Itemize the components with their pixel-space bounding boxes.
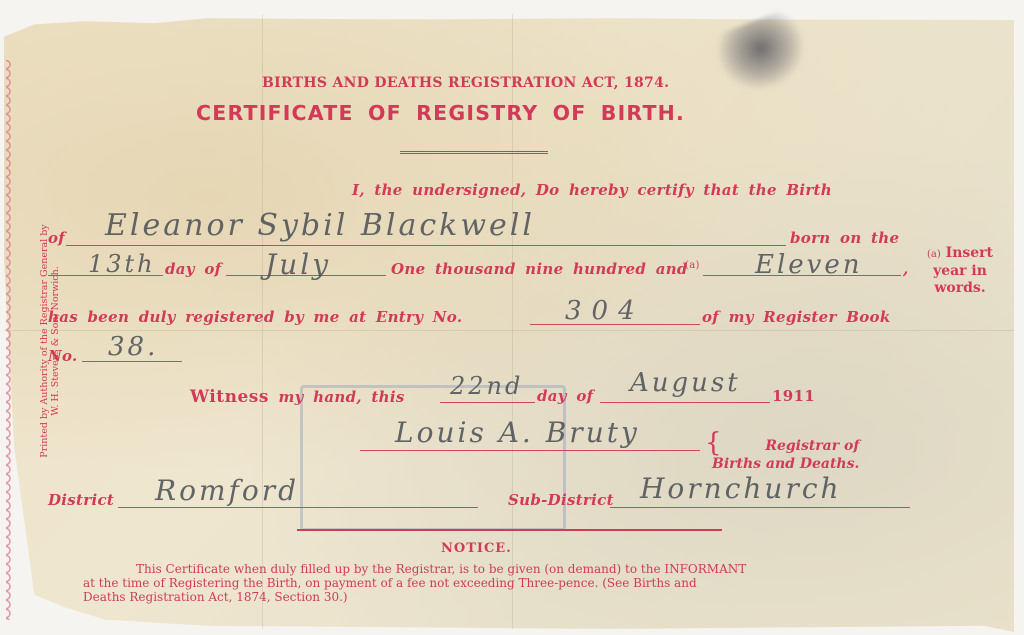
year-prefix-label: One thousand nine hundred and <box>391 260 688 278</box>
margin-note-line2: year in <box>910 263 1010 280</box>
sub-district-field[interactable] <box>610 507 910 508</box>
birth-day-value: 13th <box>88 250 156 278</box>
margin-note-line3: words. <box>910 280 1010 297</box>
comma: , <box>903 260 909 278</box>
birth-month-value: July <box>265 248 331 281</box>
witness-word: Witness <box>190 387 269 407</box>
registered-label: has been duly registered by me at Entry … <box>48 308 462 326</box>
notice-title: NOTICE. <box>441 541 512 556</box>
fold-crease-horizontal <box>4 330 1014 331</box>
witness-month-value: August <box>630 368 741 398</box>
year-marker: (a) <box>685 260 700 271</box>
born-on-label: born on the <box>790 229 899 247</box>
printer-note-line2: W. H. Stevens & Son, Norwich. <box>50 176 61 506</box>
registrar-title-line1: Registrar of <box>712 437 859 455</box>
notice-line3: Deaths Registration Act, 1874, Section 3… <box>83 590 903 604</box>
witness-day-of-label: day of <box>537 387 593 405</box>
notice-line2: at the time of Registering the Birth, on… <box>83 576 903 590</box>
margin-note: (a) Insert year in words. <box>910 245 1010 297</box>
registrar-title-line2: Births and Deaths. <box>712 455 859 473</box>
title-divider <box>400 151 548 154</box>
witness-label: my hand, this <box>278 388 404 406</box>
witness-month-field[interactable] <box>600 402 770 403</box>
printer-note-line1: Printed by Authority of the Registrar Ge… <box>39 176 50 506</box>
sub-district-label: Sub-District <box>508 491 614 509</box>
child-name-field[interactable] <box>66 245 786 246</box>
notice-body: This Certificate when duly filled up by … <box>83 562 903 604</box>
register-book-label: of my Register Book <box>702 308 891 326</box>
book-no-label: No. <box>48 347 78 365</box>
witness-day-value: 22nd <box>450 372 523 400</box>
certificate-title: CERTIFICATE OF REGISTRY OF BIRTH. <box>196 101 685 125</box>
district-label: District <box>48 491 114 509</box>
registrar-title: Registrar of Births and Deaths. <box>712 437 859 473</box>
district-value: Romford <box>155 474 299 507</box>
notice-divider <box>297 529 722 531</box>
sub-district-value: Hornchurch <box>640 472 842 505</box>
entry-no-value: 304 <box>565 296 645 326</box>
child-name-value: Eleanor Sybil Blackwell <box>105 208 535 243</box>
margin-note-marker: (a) <box>927 249 941 260</box>
margin-note-line1: Insert <box>946 245 993 261</box>
witness-line: Witness my hand, this <box>190 387 405 407</box>
registrar-signature: Louis A. Bruty <box>395 416 640 449</box>
witness-year: 1911 <box>772 387 815 405</box>
perforated-edge <box>6 60 16 620</box>
district-field[interactable] <box>118 507 478 508</box>
act-heading: BIRTHS AND DEATHS REGISTRATION ACT, 1874… <box>262 75 669 91</box>
book-no-value: 38. <box>108 332 158 362</box>
birth-year-value: Eleven <box>755 250 863 280</box>
day-of-label: day of <box>165 260 221 278</box>
registrar-signature-field[interactable] <box>360 450 700 451</box>
of-label: of <box>48 229 65 247</box>
printer-note: Printed by Authority of the Registrar Ge… <box>39 176 61 506</box>
certify-text: I, the undersigned, Do hereby certify th… <box>352 181 832 199</box>
notice-line1: This Certificate when duly filled up by … <box>83 562 903 576</box>
witness-day-field[interactable] <box>440 402 535 403</box>
